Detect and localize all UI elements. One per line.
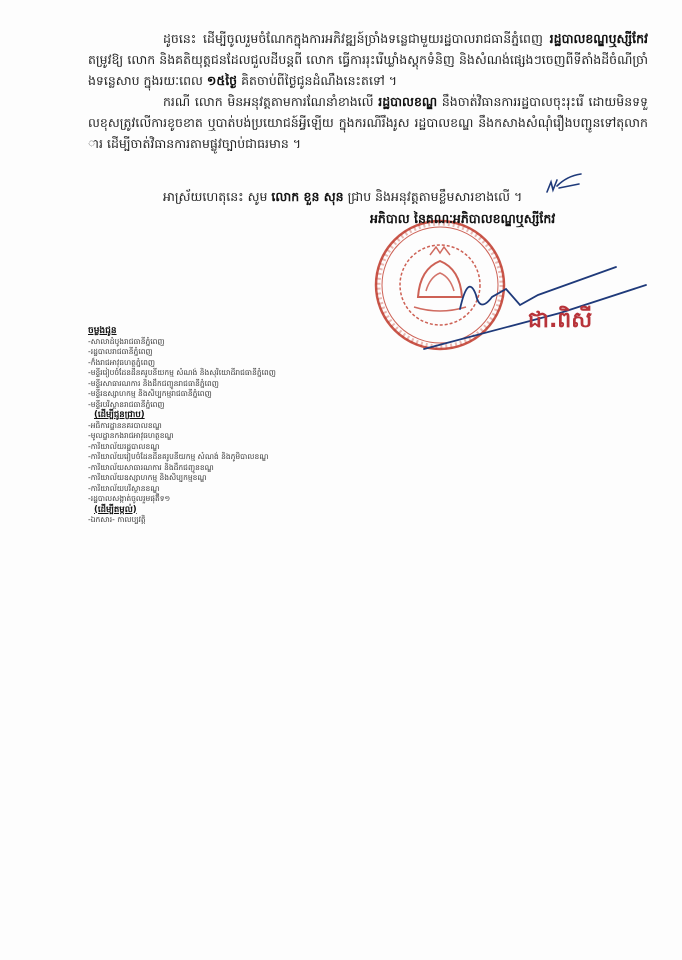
signatory-title: អភិបាល នៃគណៈអភិបាលខណ្ឌឬស្សីកែវ: [370, 211, 555, 230]
deadline-days: ១៥ថ្ងៃ: [207, 73, 237, 88]
recipient-item: -រដ្ឋបាលសង្កាត់ចូលរួមផុត៊ីទ១: [88, 494, 276, 505]
signature-icon: [420, 245, 650, 355]
paragraph-text: ជ្រាប និងអនុវត្តតាមខ្លឹមសារខាងលើ ។: [344, 189, 523, 204]
recipient-item: -ការិយាល័យបរិស្ថានខណ្ឌ: [88, 484, 276, 495]
recipient-item: -មន្ទីររៀបចំដែនដីនគរូបនីយកម្ម សំណង់ និងស…: [88, 368, 276, 379]
archive-list: -ឯកសារ- កាលប្បវត្តិ: [88, 515, 276, 526]
recipient-item: -ការិយាល័យរដ្ឋបាលខណ្ឌ: [88, 442, 276, 453]
recipient-item: -មន្ទីរសាធារណការ និងដឹកជញ្ជូនរាជធានីភ្នំ…: [88, 379, 276, 390]
paragraph-text: គិតចាប់ពីថ្ងៃជូនដំណឹងនេះតទៅ ។: [237, 73, 397, 88]
info-recipients-heading: (ដើម្បីជូនជ្រាប): [88, 410, 276, 421]
document-page: ដូចនេះ ដើម្បីចូលរួមចំណែកក្នុងការអភិវឌ្ឍន…: [0, 0, 682, 960]
district-administration-name: រដ្ឋបាលខណ្ឌឬស្សីកែវ: [550, 31, 648, 46]
recipient-item: -មន្ទីរឧស្សាហកម្ម និងសិប្បកម្មរាជធានីភ្ន…: [88, 389, 276, 400]
copy-recipients-primary-list: -សាលាដំបូងរាជធានីភ្នំពេញ -រដ្ឋបាលរាជធានី…: [88, 337, 276, 411]
copy-recipients-heading: ចម្លងជូន: [88, 326, 276, 337]
recipient-item: -អធិការដ្ឋាននគរបាលខណ្ឌ: [88, 421, 276, 432]
recipient-item: -ការិយាល័យសាធារណការ និងដឹកជញ្ជូនខណ្ឌ: [88, 463, 276, 474]
paragraph-text: ដូចនេះ ដើម្បីចូលរួមចំណែកក្នុងការអភិវឌ្ឍន…: [163, 31, 550, 46]
signatory-name: ជា.ពិសី: [528, 306, 592, 338]
recipient-item: -ការិយាល័យរៀបចំដែនដីនគរូបនីយកម្ម សំណង់ ន…: [88, 452, 276, 463]
body-paragraph-1: ដូចនេះ ដើម្បីចូលរួមចំណែកក្នុងការអភិវឌ្ឍន…: [88, 28, 648, 91]
copy-recipients: ចម្លងជូន -សាលាដំបូងរាជធានីភ្នំពេញ -រដ្ឋប…: [88, 326, 276, 526]
body-paragraph-3: អាស្រ័យហេតុនេះ សូម លោក ខួន សុន ជ្រាប និង…: [163, 186, 583, 207]
body-paragraph-2: ករណី លោក មិនអនុវត្តតាមការណែនាំខាងលើ រដ្ឋ…: [88, 91, 648, 154]
district-administration-name: រដ្ឋបាលខណ្ឌ: [378, 94, 437, 109]
paragraph-text: អាស្រ័យហេតុនេះ សូម: [163, 189, 271, 204]
paragraph-text: ករណី លោក មិនអនុវត្តតាមការណែនាំខាងលើ: [163, 94, 378, 109]
initial-mark-icon: [545, 172, 585, 196]
recipient-name: លោក ខួន សុន: [271, 189, 343, 204]
recipient-item: -មូលដ្ឋានកងរាជអាវុធហត្ថខណ្ឌ: [88, 431, 276, 442]
recipient-item: -រដ្ឋបាលរាជធានីភ្នំពេញ: [88, 347, 276, 358]
archive-heading: (ដើម្បីតម្កល់): [88, 505, 276, 516]
info-recipients-list: -អធិការដ្ឋាននគរបាលខណ្ឌ -មូលដ្ឋានកងរាជអាវ…: [88, 421, 276, 505]
recipient-item: -មន្ទីរបរិស្ថានរាជធានីភ្នំពេញ: [88, 400, 276, 411]
recipient-item: -ឯកសារ- កាលប្បវត្តិ: [88, 515, 276, 526]
recipient-item: -សាលាដំបូងរាជធានីភ្នំពេញ: [88, 337, 276, 348]
recipient-item: -ការិយាល័យឧស្សាហកម្ម និងសិប្បកម្មខណ្ឌ: [88, 473, 276, 484]
recipient-item: -ក៏ងរាជអាវុធហត្ថភ្នំពេញ: [88, 358, 276, 369]
